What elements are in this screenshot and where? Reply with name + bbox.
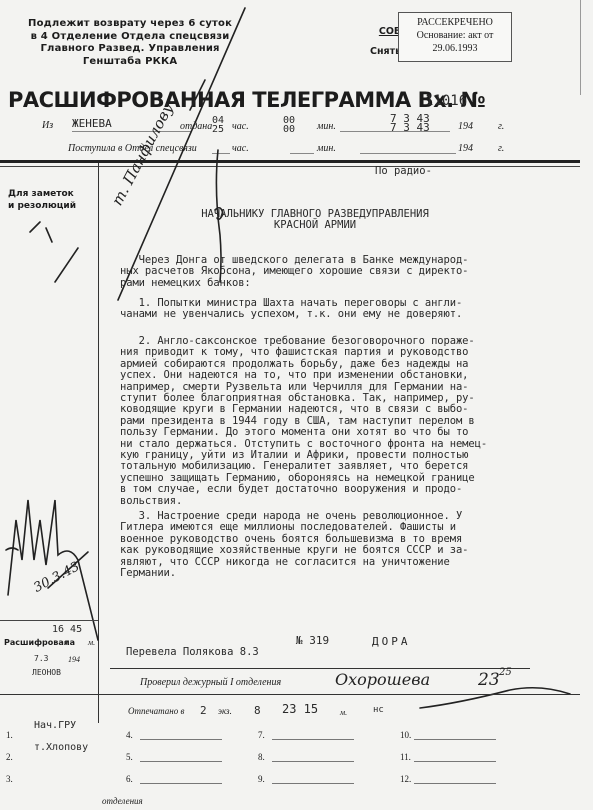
print-time: 23 15: [282, 702, 318, 716]
minutes-unit: м.: [340, 708, 347, 717]
typist-initials: нс: [373, 705, 384, 715]
distribution-blank: [414, 783, 496, 784]
addressee-line: КРАСНОЙ АРМИИ: [165, 220, 465, 231]
point-1: 1. Попытки министра Шахта начать перегов…: [120, 298, 462, 321]
distribution-blank: [414, 761, 496, 762]
verification-time-minutes: 25: [499, 667, 512, 678]
distribution-blank: [140, 783, 222, 784]
distribution-recipient: т.Хлопову: [34, 742, 88, 753]
verification-signature: Охорошева: [335, 670, 430, 689]
distribution-number: 8.: [258, 752, 265, 762]
decrypted-by: ЛЕОНОВ: [32, 668, 61, 677]
addressee: НАЧАЛЬНИКУ ГЛАВНОГО РАЗВЕДУПРАВЛЕНИЯ КРА…: [165, 209, 465, 231]
telegram-document: Подлежит возврату через 6 суток в 4 Отде…: [0, 0, 593, 810]
distribution-number: 7.: [258, 730, 265, 740]
distribution-number: 3.: [6, 774, 13, 784]
decrypted-time: 16 45: [52, 624, 82, 635]
verification-time: 23: [478, 670, 500, 690]
copies: 2: [200, 704, 207, 717]
distribution-blank: [272, 761, 354, 762]
distribution-number: 5.: [126, 752, 133, 762]
printed-label: Отпечатано в: [128, 706, 184, 716]
copies-label: экз.: [218, 706, 232, 716]
distribution-number: 11.: [400, 752, 411, 762]
translated-by: Перевела Полякова 8.3: [126, 646, 259, 658]
distribution-number: 1.: [6, 730, 13, 740]
distribution-blank: [272, 739, 354, 740]
distribution-number: 10.: [400, 730, 411, 740]
rule: [0, 694, 580, 695]
decrypted-date: 7.3: [34, 654, 48, 663]
distribution-footer: отделения: [102, 796, 143, 806]
rule: [110, 668, 530, 669]
source-signature: ДОРА: [372, 635, 411, 648]
via-radio: По радио-: [375, 165, 432, 177]
distribution-number: 4.: [126, 730, 133, 740]
intro-paragraph: Через Донга от шведского делегата в Банк…: [120, 255, 468, 289]
distribution-blank: [140, 739, 222, 740]
margin-box-rule: [0, 620, 98, 621]
point-3: 3. Настроение среди народа не очень рево…: [120, 511, 468, 579]
point-2: 2. Англо-саксонское требование безоговор…: [120, 336, 487, 507]
distribution-number: 2.: [6, 752, 13, 762]
distribution-blank: [414, 739, 496, 740]
decrypted-hour-unit: ч.: [64, 638, 70, 647]
decrypted-year: 194: [68, 655, 80, 664]
distribution-number: 6.: [126, 774, 133, 784]
distribution-number: 12.: [400, 774, 411, 784]
message-number: № 319: [296, 634, 329, 647]
distribution-recipient: Нач.ГРУ: [34, 720, 76, 731]
distribution-number: 9.: [258, 774, 265, 784]
distribution-blank: [140, 761, 222, 762]
print-date: 8: [254, 704, 261, 717]
decrypted-min-unit: м.: [88, 638, 95, 647]
verification-label: Проверил дежурный I отделения: [140, 677, 281, 688]
distribution-blank: [272, 783, 354, 784]
